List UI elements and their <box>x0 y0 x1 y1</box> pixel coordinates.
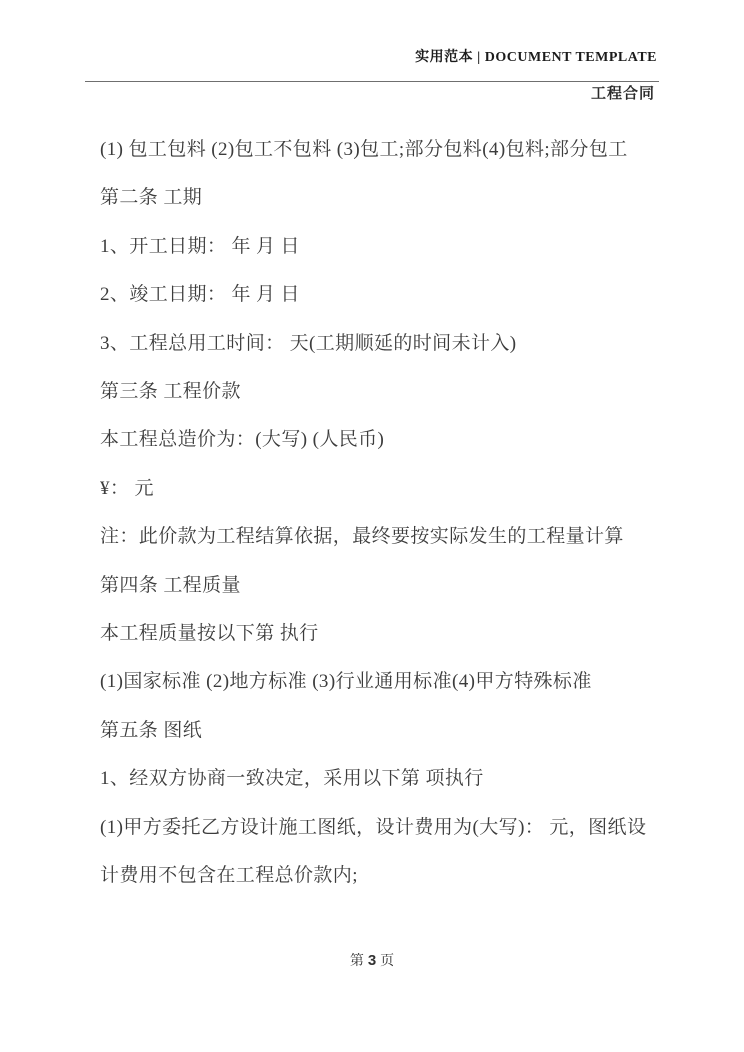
paragraph-article4-heading: 第四条 工程质量 <box>100 562 648 610</box>
page-number: 3 <box>364 952 380 969</box>
document-page: 实用范本 | DOCUMENT TEMPLATE 工程合同 (1) 包工包料 (… <box>0 0 744 1052</box>
paragraph-completion-date: 2、竣工日期： 年 月 日 <box>100 271 648 319</box>
paragraph-article2-heading: 第二条 工期 <box>100 174 648 222</box>
paragraph-options-contract-type: (1) 包工包料 (2)包工不包料 (3)包工;部分包料(4)包料;部分包工 <box>100 126 648 174</box>
paragraph-article3-heading: 第三条 工程价款 <box>100 368 648 416</box>
paragraph-quality-standard: 本工程质量按以下第 执行 <box>100 610 648 658</box>
paragraph-standard-options: (1)国家标准 (2)地方标准 (3)行业通用标准(4)甲方特殊标准 <box>100 658 648 706</box>
paragraph-amount-yuan: ¥： 元 <box>100 465 648 513</box>
paragraph-drawings-agreement: 1、经双方协商一致决定，采用以下第 项执行 <box>100 755 648 803</box>
document-title: 工程合同 <box>85 84 659 105</box>
paragraph-settlement-note: 注：此价款为工程结算依据，最终要按实际发生的工程量计算 <box>100 513 648 561</box>
page-footer: 第3页 <box>0 950 744 973</box>
paragraph-design-fee: (1)甲方委托乙方设计施工图纸，设计费用为(大写)： 元，图纸设计费用不包含在工… <box>100 804 648 901</box>
paragraph-total-cost: 本工程总造价为：(大写) (人民币) <box>100 416 648 464</box>
page-number-prefix: 第 <box>350 954 364 969</box>
page-header: 实用范本 | DOCUMENT TEMPLATE 工程合同 <box>85 48 659 105</box>
paragraph-total-work-time: 3、工程总用工时间： 天(工期顺延的时间未计入) <box>100 320 648 368</box>
paragraph-start-date: 1、开工日期： 年 月 日 <box>100 223 648 271</box>
page-number-suffix: 页 <box>380 954 394 969</box>
header-divider <box>85 81 659 82</box>
document-body: (1) 包工包料 (2)包工不包料 (3)包工;部分包料(4)包料;部分包工 第… <box>100 126 648 901</box>
paragraph-article5-heading: 第五条 图纸 <box>100 707 648 755</box>
header-brand-text: 实用范本 | DOCUMENT TEMPLATE <box>85 48 659 68</box>
